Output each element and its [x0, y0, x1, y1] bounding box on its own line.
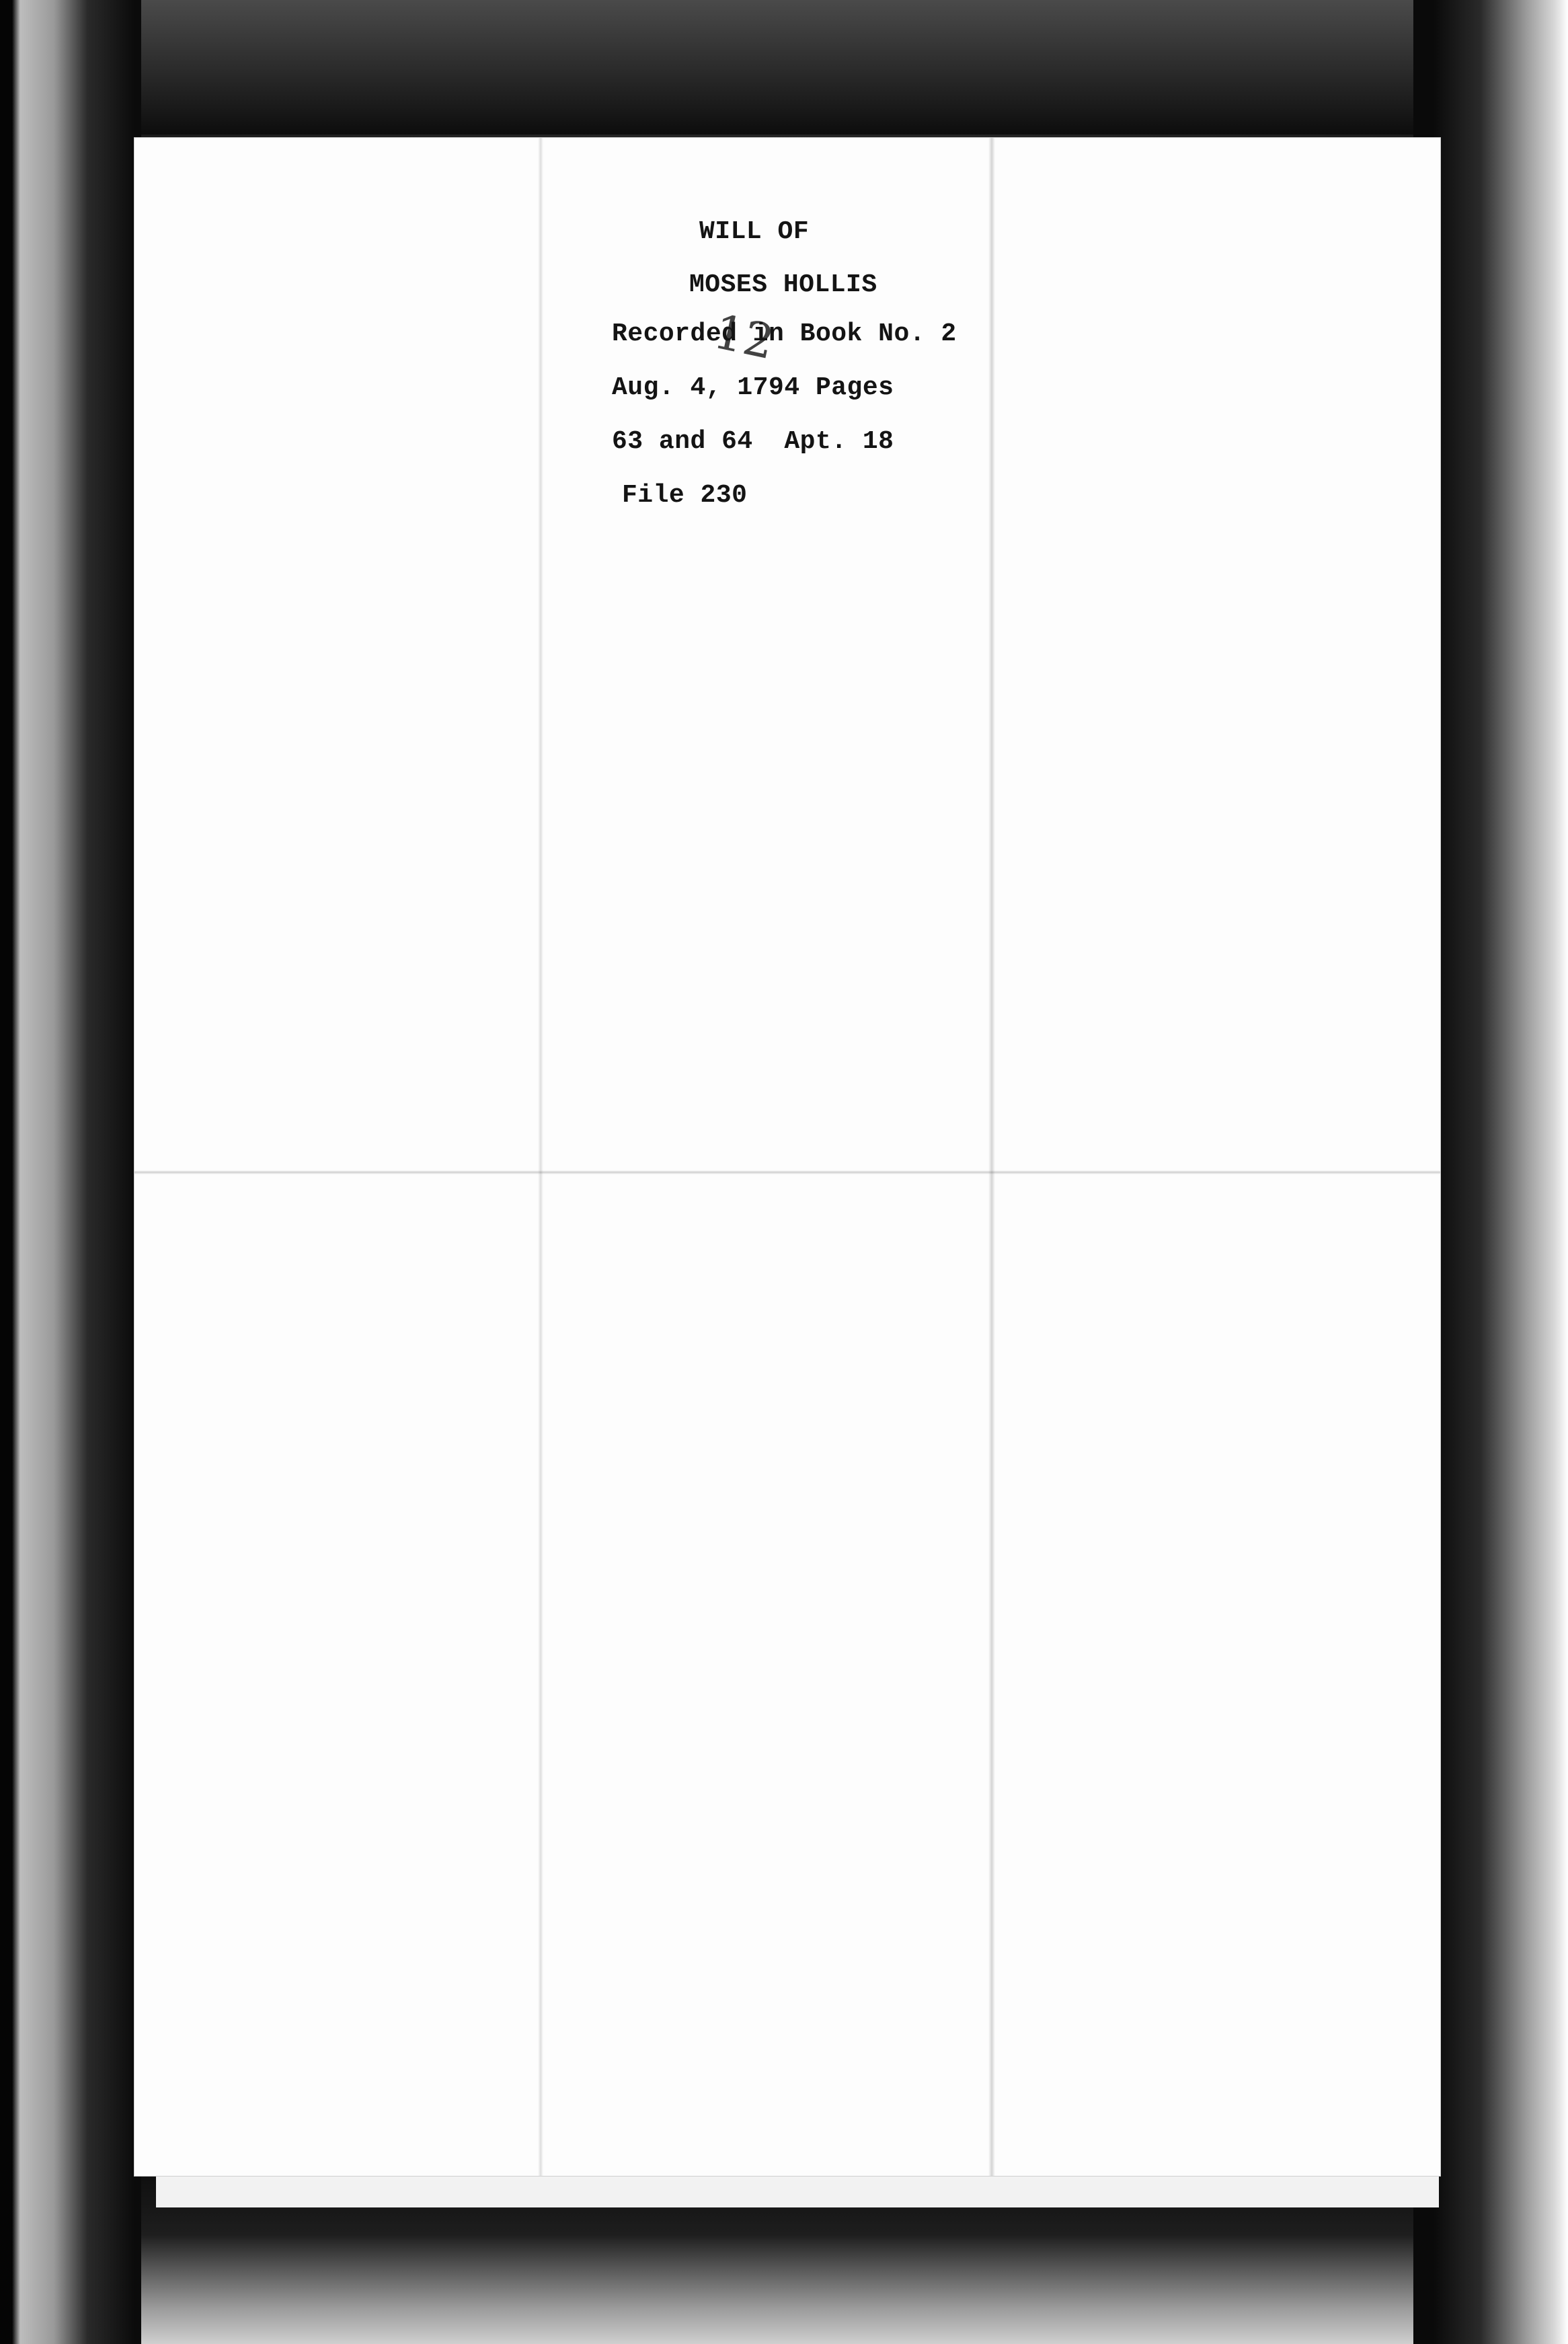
scan-edge-top: [0, 0, 1568, 135]
recorded-date: Aug. 4, 1794 Pages: [612, 373, 894, 402]
recorded-book: Recorded in Book No. 2: [612, 319, 957, 348]
testator-name: MOSES HOLLIS: [689, 270, 877, 299]
file-number: File 230: [622, 481, 747, 510]
page-numbers: 63 and 64 Apt. 18: [612, 427, 894, 456]
document-page: 12 WILL OF MOSES HOLLIS Recorded in Book…: [134, 138, 1440, 2176]
scan-edge-left: [0, 0, 141, 2344]
will-cover-text: WILL OF MOSES HOLLIS Recorded in Book No…: [134, 138, 1440, 2176]
document-title: WILL OF: [699, 217, 809, 246]
